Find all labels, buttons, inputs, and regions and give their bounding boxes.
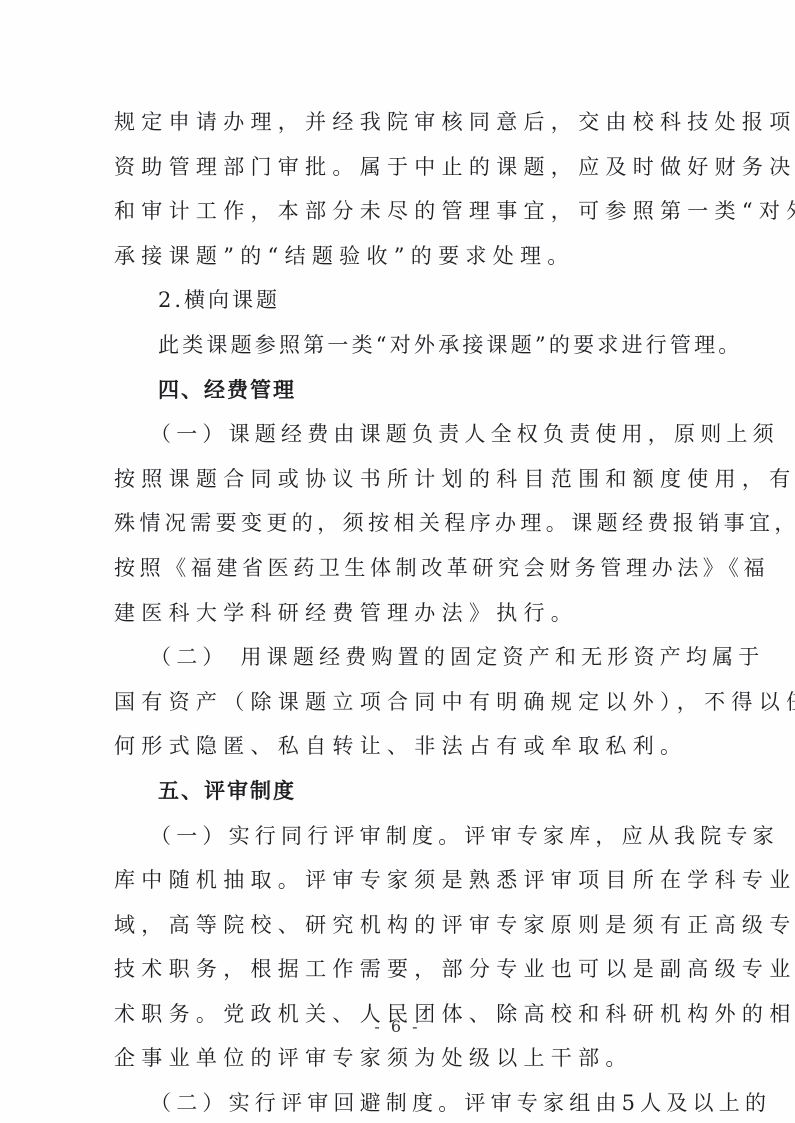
paragraph-start: （一）实行同行评审制度。评审专家库，应从我院专家 bbox=[114, 814, 694, 859]
text-line: 承接课题”的“结题验收”的要求处理。 bbox=[114, 234, 694, 279]
subheading-horizontal-projects: 2.横向课题 bbox=[114, 278, 694, 323]
document-body: 规定申请办理，并经我院审核同意后，交由校科技处报项目 资助管理部门审批。属于中止… bbox=[114, 100, 694, 1123]
text-line: 库中随机抽取。评审专家须是熟悉评审项目所在学科专业领 bbox=[114, 858, 694, 903]
section-heading-review-system: 五、评审制度 bbox=[114, 769, 694, 814]
text-line: 此类课题参照第一类“对外承接课题”的要求进行管理。 bbox=[114, 323, 694, 368]
text-line: 和审计工作，本部分未尽的管理事宜，可参照第一类“对外 bbox=[114, 189, 694, 234]
text-line: 何形式隐匿、私自转让、非法占有或牟取私利。 bbox=[114, 724, 694, 769]
document-page: 规定申请办理，并经我院审核同意后，交由校科技处报项目 资助管理部门审批。属于中止… bbox=[0, 0, 795, 1123]
page-number: - 6 - bbox=[0, 1017, 795, 1036]
text-line: 企事业单位的评审专家须为处级以上干部。 bbox=[114, 1036, 694, 1081]
paragraph-start: （一）课题经费由课题负责人全权负责使用，原则上须 bbox=[114, 412, 694, 457]
text-line: 国有资产（除课题立项合同中有明确规定以外），不得以任 bbox=[114, 680, 694, 725]
text-line: 按照课题合同或协议书所计划的科目范围和额度使用，有特 bbox=[114, 457, 694, 502]
text-line: 技术职务，根据工作需要，部分专业也可以是副高级专业技 bbox=[114, 947, 694, 992]
text-line: 资助管理部门审批。属于中止的课题，应及时做好财务决算 bbox=[114, 145, 694, 190]
paragraph-start: （二）实行评审回避制度。评审专家组由5人及以上的 bbox=[114, 1081, 694, 1123]
text-line: 规定申请办理，并经我院审核同意后，交由校科技处报项目 bbox=[114, 100, 694, 145]
text-line: 按照《福建省医药卫生体制改革研究会财务管理办法》《福 bbox=[114, 546, 694, 591]
paragraph-start: （二） 用课题经费购置的固定资产和无形资产均属于 bbox=[114, 635, 694, 680]
text-line: 殊情况需要变更的，须按相关程序办理。课题经费报销事宜， bbox=[114, 501, 694, 546]
text-line: 建医科大学科研经费管理办法》执行。 bbox=[114, 591, 694, 636]
text-line: 域，高等院校、研究机构的评审专家原则是须有正高级专业 bbox=[114, 903, 694, 948]
section-heading-funding-management: 四、经费管理 bbox=[114, 368, 694, 413]
